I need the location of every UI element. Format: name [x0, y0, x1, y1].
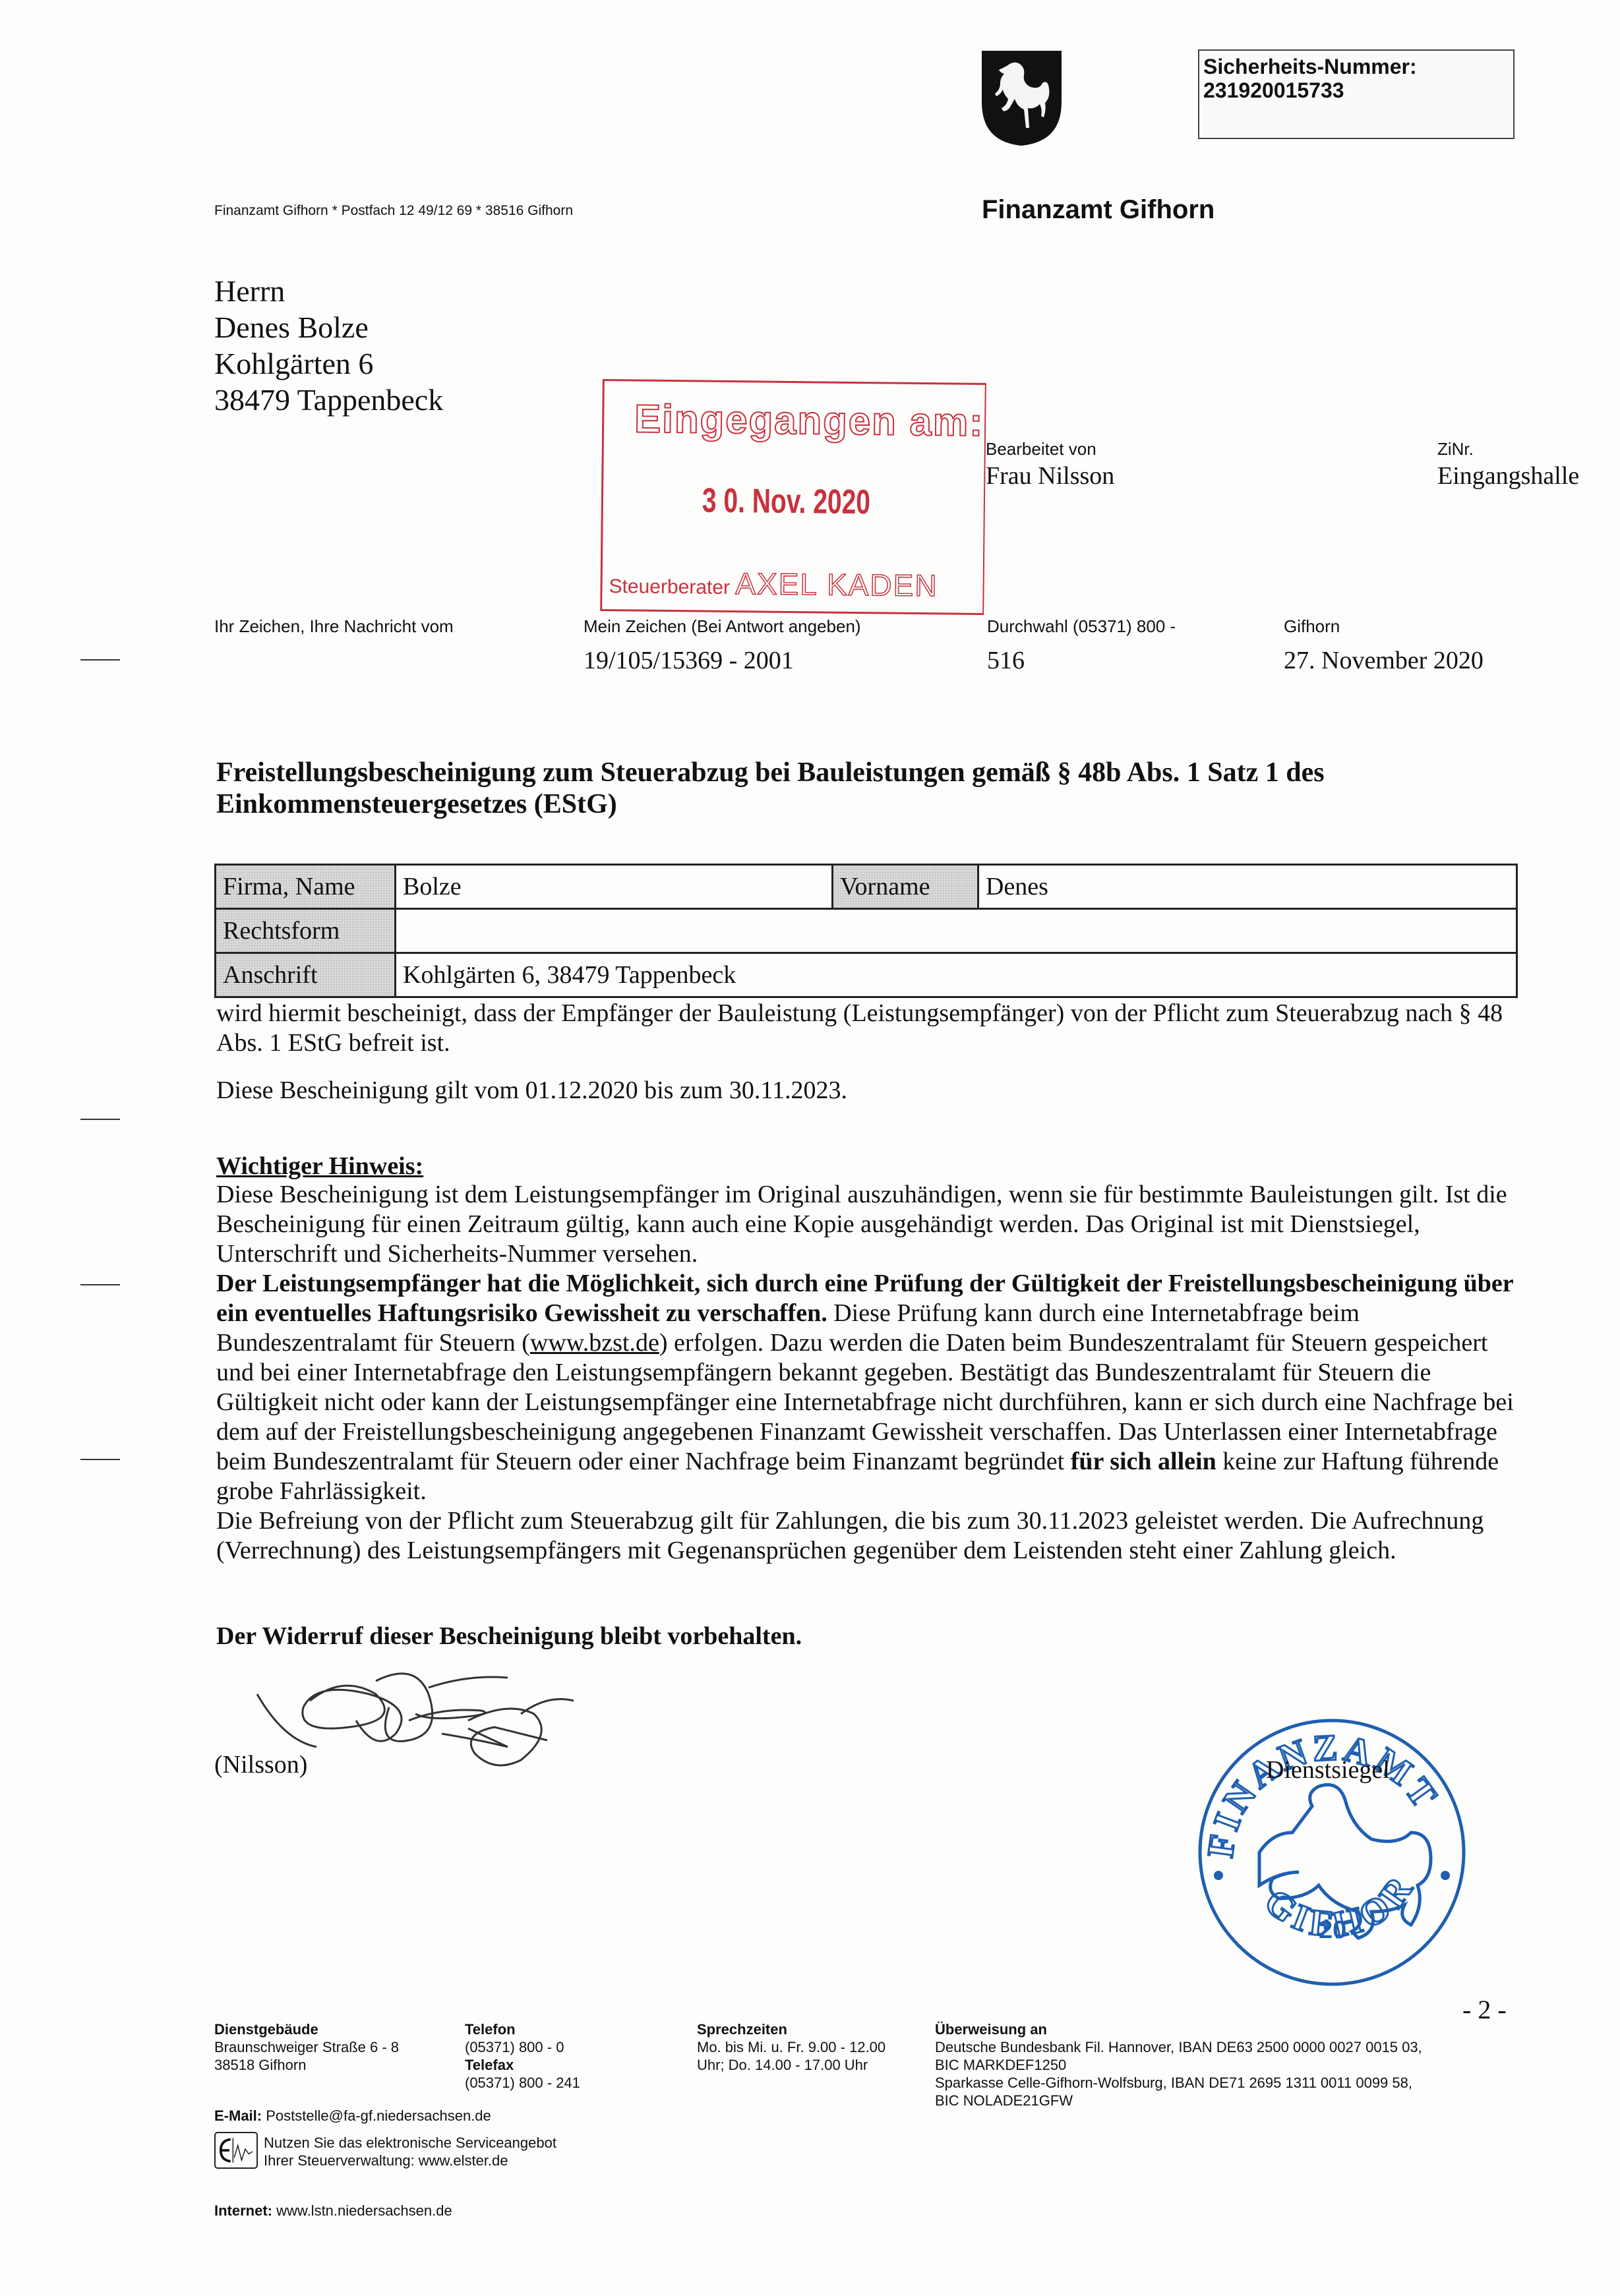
- security-number-box: Sicherheits-Nummer: 231920015733: [1198, 49, 1515, 139]
- recipient-street: Kohlgärten 6: [214, 345, 443, 382]
- footer-email-label: E-Mail:: [214, 2107, 262, 2124]
- footer-phone-value: (05371) 800 - 0: [465, 2039, 564, 2055]
- footer-internet: Internet: www.lstn.niedersachsen.de: [214, 2202, 452, 2220]
- room-value: Eingangshalle: [1437, 461, 1579, 490]
- notice-heading: Wichtiger Hinweis:: [216, 1152, 423, 1181]
- seal-number: 20: [1319, 1916, 1346, 1944]
- footer-elster-line: Nutzen Sie das elektronische Serviceange…: [264, 2134, 556, 2151]
- elster-logo-icon: [214, 2132, 258, 2169]
- recipient-city: 38479 Tappenbeck: [214, 382, 443, 418]
- my-reference-label: Mein Zeichen (Bei Antwort angeben): [584, 616, 861, 637]
- footer-email: E-Mail: Poststelle@fa-gf.niedersachsen.d…: [214, 2107, 491, 2125]
- footer-bank-details: Überweisung an Deutsche Bundesbank Fil. …: [935, 2020, 1422, 2109]
- legal-form-label-cell: Rechtsform: [216, 909, 396, 953]
- handled-by-label: Bearbeitet von: [986, 439, 1096, 459]
- footer-phone-label: Telefon: [465, 2021, 516, 2038]
- legal-form-value-cell: [396, 909, 1517, 953]
- first-name-label-cell: Vorname: [833, 865, 978, 909]
- page-number: - 2 -: [1462, 1994, 1507, 2025]
- extension-label: Durchwahl (05371) 800 -: [987, 616, 1176, 637]
- fold-mark: [80, 1459, 120, 1460]
- notice-bold-text: für sich allein: [1071, 1448, 1216, 1475]
- recipient-salutation: Herrn: [214, 273, 443, 309]
- name-label-cell: Firma, Name: [216, 865, 396, 909]
- footer-internet-label: Internet:: [214, 2202, 272, 2219]
- footer-phone: Telefon (05371) 800 - 0 Telefax (05371) …: [465, 2020, 580, 2092]
- stamp-advisor: Steuerberater AXEL KADEN: [609, 564, 938, 603]
- footer-email-value[interactable]: Poststelle@fa-gf.niedersachsen.de: [266, 2107, 491, 2124]
- first-name-value-cell: Denes: [978, 865, 1517, 909]
- table-row: Anschrift Kohlgärten 6, 38479 Tappenbeck: [216, 953, 1517, 997]
- footer-office-hours: Sprechzeiten Mo. bis Mi. u. Fr. 9.00 - 1…: [697, 2020, 885, 2074]
- notice-text: Diese Bescheinigung ist dem Leistungsemp…: [216, 1180, 1528, 1566]
- fold-mark: [80, 1284, 120, 1285]
- footer-hours-line: Uhr; Do. 14.00 - 17.00 Uhr: [697, 2057, 868, 2073]
- office-title: Finanzamt Gifhorn: [982, 195, 1215, 225]
- footer-hours-line: Mo. bis Mi. u. Fr. 9.00 - 12.00: [697, 2039, 885, 2055]
- name-value-cell: Bolze: [396, 865, 833, 909]
- address-label-cell: Anschrift: [216, 953, 396, 997]
- bzst-link[interactable]: www.bzst.de: [530, 1329, 659, 1357]
- stamp-advisor-prefix: Steuerberater: [609, 575, 730, 599]
- place-label: Gifhorn: [1284, 616, 1340, 637]
- fold-mark: [80, 659, 120, 661]
- footer-bank-line: BIC NOLADE21GFW: [935, 2092, 1073, 2109]
- table-row: Firma, Name Bolze Vorname Denes: [216, 865, 1517, 909]
- notice-paragraph-1: Diese Bescheinigung ist dem Leistungsemp…: [216, 1180, 1528, 1269]
- lower-saxony-crest-icon: [980, 49, 1063, 147]
- my-reference-value: 19/105/15369 - 2001: [584, 646, 794, 675]
- room-label: ZiNr.: [1437, 439, 1474, 459]
- security-number-label: Sicherheits-Nummer:: [1203, 55, 1509, 78]
- seal-label: Dienstsiegel: [1266, 1755, 1390, 1784]
- notice-paragraph-2: Der Leistungsempfänger hat die Möglichke…: [216, 1269, 1528, 1506]
- signature-icon: [244, 1668, 745, 1786]
- security-number: 231920015733: [1203, 78, 1509, 102]
- table-row: Rechtsform: [216, 909, 1517, 953]
- stamp-advisor-name: AXEL KADEN: [735, 566, 938, 603]
- extension-value: 516: [987, 646, 1025, 675]
- footer-bank-line: BIC MARKDEF1250: [935, 2057, 1066, 2073]
- revocation-notice: Der Widerruf dieser Bescheinigung bleibt…: [216, 1622, 1528, 1651]
- stamp-title: Eingegangen am:: [634, 396, 984, 445]
- notice-paragraph-3: Die Befreiung von der Pflicht zum Steuer…: [216, 1506, 1528, 1566]
- footer-fax-label: Telefax: [465, 2057, 514, 2073]
- recipient-address: Herrn Denes Bolze Kohlgärten 6 38479 Tap…: [214, 273, 443, 418]
- received-stamp: Eingegangen am: 3 0. Nov. 2020 Steuerber…: [600, 379, 986, 615]
- validity-text: Diese Bescheinigung gilt vom 01.12.2020 …: [216, 1076, 1528, 1105]
- signer-name: (Nilsson): [214, 1750, 307, 1779]
- footer-fax-value: (05371) 800 - 241: [465, 2075, 580, 2091]
- handled-by-value: Frau Nilsson: [986, 461, 1114, 490]
- footer-building-city: 38518 Gifhorn: [214, 2057, 306, 2073]
- footer-internet-link[interactable]: www.lstn.niedersachsen.de: [276, 2202, 452, 2219]
- footer-bank-label: Überweisung an: [935, 2021, 1047, 2038]
- your-reference-label: Ihr Zeichen, Ihre Nachricht vom: [214, 616, 454, 637]
- footer-building: Dienstgebäude Braunschweiger Straße 6 - …: [214, 2020, 399, 2074]
- address-value-cell: Kohlgärten 6, 38479 Tappenbeck: [396, 953, 1517, 997]
- footer-bank-line: Deutsche Bundesbank Fil. Hannover, IBAN …: [935, 2039, 1422, 2055]
- footer-elster-line: Ihrer Steuerverwaltung: www.elster.de: [264, 2152, 508, 2169]
- official-seal-icon: FINANZAMT GIFHORN 20: [1187, 1707, 1477, 1997]
- letter-date: 27. November 2020: [1284, 646, 1484, 675]
- return-address: Finanzamt Gifhorn * Postfach 12 49/12 69…: [214, 203, 573, 219]
- certificate-table: Firma, Name Bolze Vorname Denes Rechtsfo…: [214, 864, 1518, 998]
- footer-building-street: Braunschweiger Straße 6 - 8: [214, 2039, 399, 2055]
- fold-mark: [80, 1119, 120, 1120]
- certification-text: wird hiermit bescheinigt, dass der Empfä…: [216, 999, 1528, 1058]
- footer-building-label: Dienstgebäude: [214, 2021, 318, 2038]
- recipient-name: Denes Bolze: [214, 309, 443, 345]
- document-title: Freistellungsbescheinigung zum Steuerabz…: [216, 757, 1509, 820]
- stamp-date: 3 0. Nov. 2020: [702, 481, 871, 523]
- footer-elster-text: Nutzen Sie das elektronische Serviceange…: [264, 2134, 556, 2169]
- footer-bank-line: Sparkasse Celle-Gifhorn-Wolfsburg, IBAN …: [935, 2075, 1412, 2091]
- footer-hours-label: Sprechzeiten: [697, 2021, 787, 2038]
